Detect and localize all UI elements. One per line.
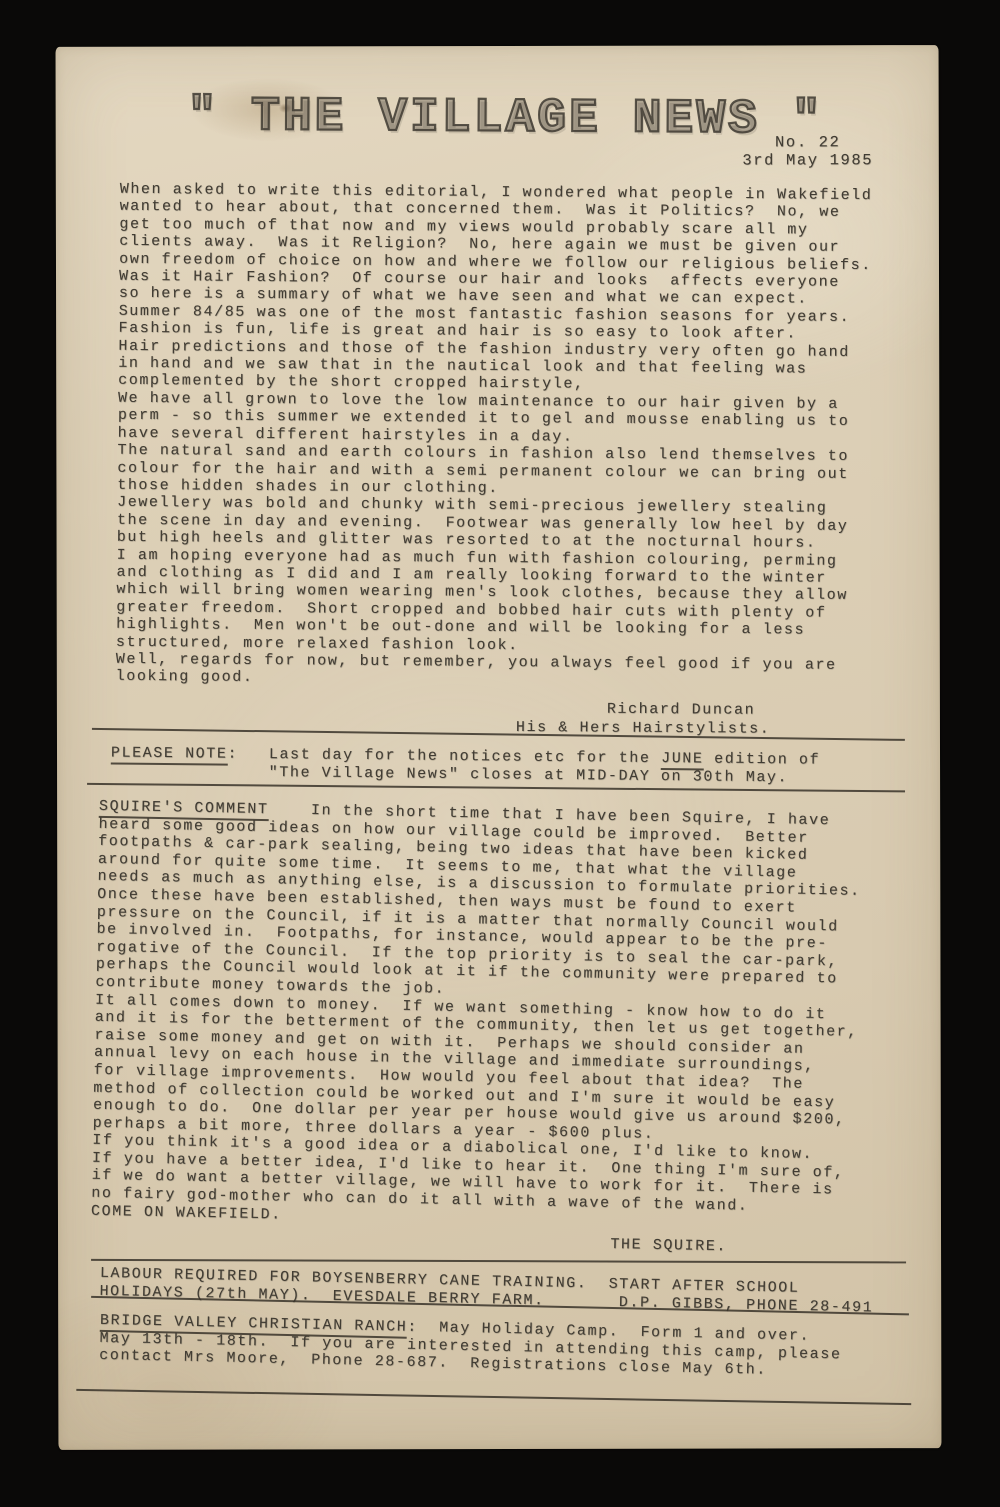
- divider-rule-3: [91, 1259, 906, 1264]
- issue-date: 3rd May 1985: [678, 151, 938, 170]
- notice-label-colon: :: [227, 746, 238, 763]
- photographed-newsletter: { "background_color": "#0a0908", "paper_…: [0, 0, 1000, 1507]
- newsletter-page: " THE VILLAGE NEWS " No. 22 3rd May 1985…: [56, 45, 942, 1450]
- issue-number: No. 22: [678, 133, 938, 152]
- squire-signoff: THE SQUIRE.: [610, 1236, 915, 1260]
- issue-block: No. 22 3rd May 1985: [678, 133, 938, 170]
- notice-section: PLEASE NOTE: Last day for the notices et…: [57, 744, 940, 753]
- editorial-body: When asked to write this editorial, I wo…: [116, 181, 910, 692]
- notice-label: PLEASE NOTE:: [111, 744, 238, 763]
- notice-line1-post: edition of: [703, 750, 820, 768]
- labour-notice: LABOUR REQUIRED FOR BOYSENBERRY CANE TRA…: [99, 1265, 920, 1318]
- notice-lines: Last day for the notices etc for the JUN…: [269, 746, 821, 787]
- notice-label-text: PLEASE NOTE: [111, 744, 228, 765]
- signature-name: Richard Duncan: [607, 701, 756, 719]
- divider-rule-5: [76, 1389, 911, 1405]
- divider-rule-1: [92, 728, 905, 741]
- squire-body: heard some good ideas on how our village…: [91, 815, 924, 1236]
- squire-section: SQUIRE'S COMMENT In the short time that …: [90, 798, 924, 1260]
- bridge-notice: BRIDGE VALLEY CHRISTIAN RANCH: May Holid…: [99, 1312, 920, 1383]
